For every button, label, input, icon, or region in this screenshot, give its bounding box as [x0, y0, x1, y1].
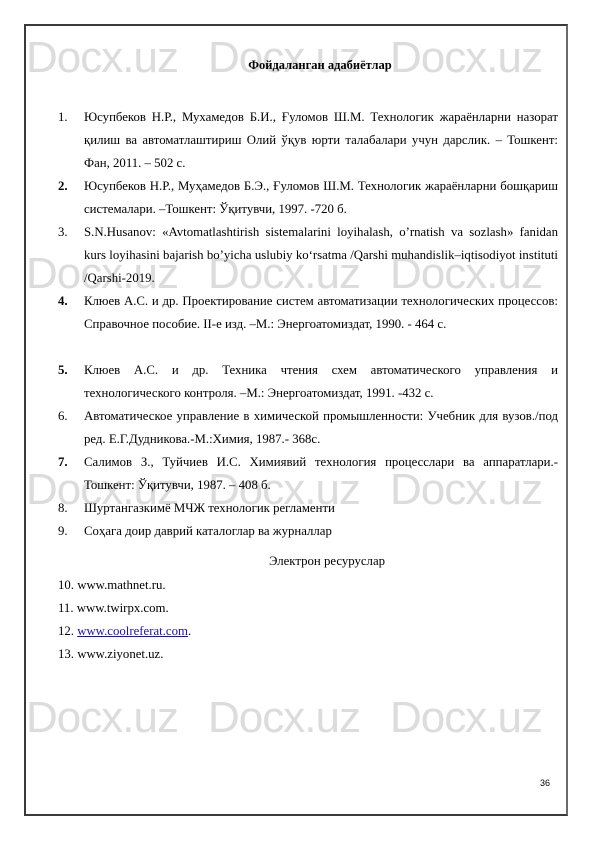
resource-url: www.mathnet.ru.: [77, 578, 165, 592]
reference-text: Юсупбеков Н.Р., Муҳамедов Б.Э., Ғуломов …: [84, 179, 558, 216]
reference-number: 4.: [58, 290, 68, 313]
reference-text: Юсупбеков Н.Р., Мухамедов Б.И., Ғуломов …: [84, 110, 558, 170]
reference-item: 1. Юсупбеков Н.Р., Мухамедов Б.И., Ғулом…: [84, 106, 558, 175]
reference-number: 2.: [58, 175, 68, 198]
reference-item: 6. Автоматическое управление в химическо…: [84, 405, 558, 451]
reference-number: 8.: [58, 497, 68, 520]
reference-text: Клюев А.С. и др. Техника чтения схем авт…: [84, 363, 558, 400]
reference-item: 4. Клюев А.С. и др. Проектирование систе…: [84, 290, 558, 336]
resource-url: www.ziyonet.uz.: [77, 647, 163, 661]
reference-text: Клюев А.С. и др. Проектирование систем а…: [84, 294, 558, 331]
web-resource-item: 10. www.mathnet.ru.: [58, 574, 166, 597]
reference-item: 3. S.N.Husanov: «Avtomatlashtirish siste…: [84, 221, 558, 290]
reference-text: Автоматическое управление в химической п…: [84, 409, 558, 446]
reference-item: 2. Юсупбеков Н.Р., Муҳамедов Б.Э., Ғулом…: [84, 175, 558, 221]
web-resource-item: 11. www.twirpx.com.: [58, 597, 169, 620]
reference-text: S.N.Husanov: «Avtomatlashtirish sistemal…: [84, 225, 558, 285]
reference-item: 8. Шуртангазкимё МЧЖ технологик регламен…: [84, 497, 558, 520]
web-resource-item: 12. www.coolreferat.com.: [58, 620, 191, 643]
page-number: 36: [540, 778, 550, 788]
reference-item: 5. Клюев А.С. и др. Техника чтения схем …: [84, 359, 558, 405]
coolreferat-link[interactable]: www.coolreferat.com: [77, 624, 188, 638]
reference-text: Шуртангазкимё МЧЖ технологик регламенти: [84, 501, 335, 515]
reference-item: 9. Соҳага доир даврий каталоглар ва журн…: [84, 520, 558, 543]
page-title: Фойдаланган адабиётлар: [0, 58, 595, 73]
reference-number: 1.: [58, 106, 68, 129]
document-page: Фойдаланган адабиётлар 1. Юсупбеков Н.Р.…: [0, 0, 595, 842]
reference-text: Соҳага доир даврий каталоглар ва журналл…: [84, 524, 332, 538]
link-suffix: .: [188, 624, 191, 638]
reference-item: 7. Салимов З., Туйчиев И.С. Химиявий тех…: [84, 451, 558, 497]
electronic-resources-heading: Электрон ресуруслар: [0, 554, 595, 569]
reference-number: 9.: [58, 520, 68, 543]
web-resource-item: 13. www.ziyonet.uz.: [58, 643, 163, 666]
resource-number: 11.: [58, 601, 74, 615]
reference-number: 6.: [58, 405, 68, 428]
reference-number: 7.: [58, 451, 68, 474]
reference-number: 3.: [58, 221, 68, 244]
reference-number: 5.: [58, 359, 68, 382]
resource-number: 12.: [58, 624, 74, 638]
reference-text: Салимов З., Туйчиев И.С. Химиявий технол…: [84, 455, 558, 492]
resource-number: 13.: [58, 647, 74, 661]
resource-url: www.twirpx.com.: [77, 601, 169, 615]
resource-number: 10.: [58, 578, 74, 592]
